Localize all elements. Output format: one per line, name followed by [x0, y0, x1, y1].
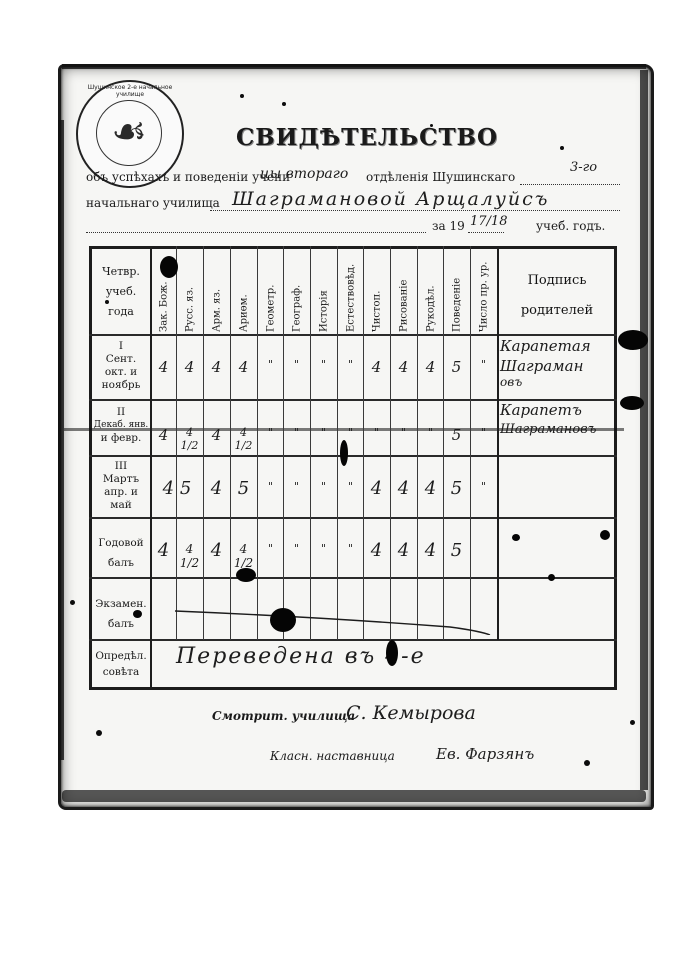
grade-cell: 4	[417, 540, 444, 561]
grade-cell: 4	[150, 540, 177, 561]
ink-blot	[512, 534, 520, 541]
ink-speck	[630, 720, 635, 725]
grade-cell: "	[337, 480, 364, 493]
row-divider-2	[89, 455, 617, 457]
col-header-handicraft: Рукодѣл.	[417, 252, 444, 332]
col-header-armenian: Арм. яз.	[203, 252, 230, 332]
ink-blot	[386, 640, 398, 666]
grade-cell: "	[310, 542, 337, 555]
grade-cell: "	[337, 542, 364, 555]
grade-cell: 4	[150, 358, 177, 376]
grade-cell: "	[470, 426, 497, 439]
ink-blot	[620, 396, 644, 410]
grade-cell: 4	[203, 358, 230, 376]
col-header-lessons-missed: Число пр. ур.	[470, 252, 497, 332]
grade-cell: "	[257, 426, 284, 439]
grade-cell: 4	[390, 358, 417, 376]
col-header-geography: Географ.	[283, 252, 310, 332]
ink-blot	[270, 608, 296, 632]
signature-header-line: Подпись	[499, 266, 615, 296]
signature-header: Подпись родителей	[499, 266, 615, 326]
header-line3-dotted-fill	[86, 232, 426, 233]
col-header-arithmetic: Ариөм.	[230, 252, 257, 332]
ink-speck	[70, 600, 75, 605]
grade-cell: 4	[363, 478, 390, 499]
header-line3-dotted-fill-2	[468, 232, 504, 233]
grade-cell: "	[337, 358, 364, 371]
signature-header-line: родителей	[499, 296, 615, 326]
ink-speck	[240, 94, 244, 98]
col-header-history: Исторія	[310, 252, 337, 332]
grade-cell: 5	[443, 426, 470, 444]
header-line1-handwritten-b: 3-го	[570, 160, 597, 175]
grade-cell: "	[417, 426, 444, 439]
grade-cell: "	[283, 542, 310, 555]
paper-edge-top	[62, 64, 646, 69]
header-line2-dotted-fill	[210, 210, 620, 211]
row-label-council-decision: Опредѣл. совѣта	[92, 648, 150, 680]
quarter-header-line: учеб.	[92, 282, 150, 302]
student-name-handwritten: Шаграмановой Арщалуйсъ	[232, 188, 549, 210]
parent-signature-q1: Карапетая Шаграман овъ	[500, 336, 591, 388]
col-header-natural-science: Естествовѣд.	[337, 252, 364, 332]
ink-blot	[236, 568, 256, 582]
grade-cell: 4 1/2	[176, 426, 203, 452]
grade-cell: "	[257, 542, 284, 555]
grade-cell: "	[257, 480, 284, 493]
quarter-header-line: года	[92, 302, 150, 322]
double-headed-eagle-icon: ☙	[104, 106, 154, 158]
ink-speck	[430, 124, 433, 127]
grade-cell: "	[310, 426, 337, 439]
col-header-drawing: Рисованіе	[390, 252, 417, 332]
grade-cell: 4	[390, 540, 417, 561]
quarter-header: Четвр. учеб. года	[92, 262, 150, 322]
grade-cell: 5	[443, 478, 470, 499]
header-line3-printed-b: учеб. годъ.	[536, 219, 605, 233]
quarter-header-line: Четвр.	[92, 262, 150, 282]
row-divider-5	[89, 639, 617, 641]
row-divider-3	[89, 517, 617, 519]
ink-speck	[282, 102, 286, 106]
grade-cell: "	[470, 480, 497, 493]
ink-blot	[133, 610, 142, 618]
grade-cell: 4	[150, 426, 177, 444]
grade-cell: 5	[443, 540, 470, 561]
ink-blot	[160, 256, 178, 278]
class-teacher-signature: Ев. Фарзянъ	[436, 745, 534, 763]
col-header-russian: Русс. яз.	[176, 252, 203, 332]
grade-cell: 4	[203, 478, 230, 499]
grade-cell: 4	[363, 358, 390, 376]
row-label-annual-grade: Годовой балъ	[92, 533, 150, 573]
header-line2-printed: начальнаго училища	[86, 196, 220, 210]
ink-speck	[96, 730, 102, 736]
inspector-label: Смотрит. училища	[212, 709, 355, 723]
document-title: СВИДѢТЕЛЬСТВО	[236, 124, 498, 151]
ink-speck	[584, 760, 590, 766]
grade-cell: 4	[230, 358, 257, 376]
parent-signature-q2: Карапетъ Шаграмановъ	[500, 400, 596, 440]
ink-speck	[560, 146, 564, 150]
grade-cell: "	[283, 358, 310, 371]
grade-cell: "	[257, 358, 284, 371]
ink-blot	[340, 440, 348, 466]
paper-edge-right	[640, 70, 648, 790]
row-divider-4	[89, 577, 617, 579]
class-teacher-label: Класн. наставница	[270, 749, 395, 763]
ink-blot	[548, 574, 555, 581]
grade-cell: 4 5	[150, 478, 204, 499]
col-header-penmanship: Чистоп.	[363, 252, 390, 332]
ink-speck	[105, 300, 109, 304]
grade-cell: "	[363, 426, 390, 439]
grade-cell: 4 1/2	[176, 542, 203, 570]
grade-cell: 4	[176, 358, 203, 376]
grade-cell: "	[310, 480, 337, 493]
grade-cell: "	[283, 480, 310, 493]
header-line3-printed-a: за 19	[432, 219, 465, 233]
grade-cell: 4 1/2	[230, 426, 257, 452]
header-line1-handwritten-a: цы втораго	[260, 166, 348, 182]
grade-cell: 5	[443, 358, 470, 376]
paper-edge-bottom	[62, 790, 646, 802]
inspector-signature: С. Кемырова	[346, 702, 476, 724]
row-label-quarter-3: III Мартъ апр. и май	[92, 460, 150, 512]
grade-cell: 4	[203, 426, 230, 444]
grade-cell: 4	[390, 478, 417, 499]
grade-cell: "	[337, 426, 364, 439]
school-year-handwritten: 17/18	[470, 214, 507, 229]
col-header-behavior: Поведеніе	[443, 252, 470, 332]
grade-cell: "	[283, 426, 310, 439]
grade-cell: "	[470, 358, 497, 371]
ink-blot	[600, 530, 610, 540]
row-label-quarter-2: II Декаб. янв. и февр.	[92, 406, 150, 445]
header-line1-printed-b: отдѣленія Шушинскаго	[366, 170, 515, 184]
grade-cell: 4	[203, 540, 230, 561]
grade-cell: "	[310, 358, 337, 371]
exam-row-strike-line	[170, 605, 500, 635]
paper-edge-left	[58, 120, 64, 760]
grade-cell: 4 1/2	[230, 542, 257, 570]
grade-cell: 4	[363, 540, 390, 561]
row-label-quarter-1: I Сент. окт. и ноябрь	[92, 340, 150, 392]
seal-ring-text: Шушинское 2-е начальное училище	[84, 84, 176, 98]
header-line1-dotted-fill	[520, 184, 620, 185]
grade-cell: 4	[417, 478, 444, 499]
ink-blot	[618, 330, 648, 350]
grade-cell: "	[390, 426, 417, 439]
col-header-geometry: Геометр.	[257, 252, 284, 332]
grade-cell: 4	[417, 358, 444, 376]
grade-cell: 5	[230, 478, 257, 499]
